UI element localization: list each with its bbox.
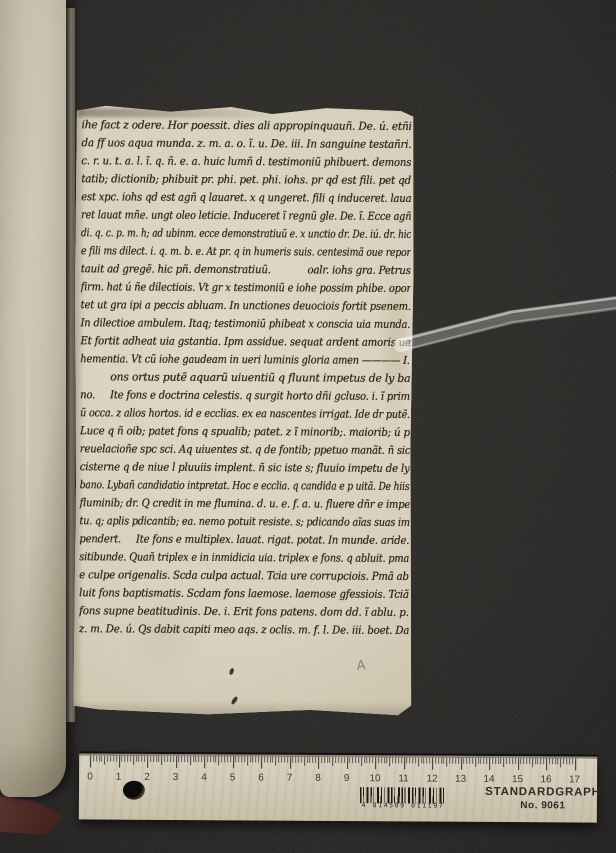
ruler-tick (429, 758, 430, 764)
ruler-tick (90, 755, 91, 767)
ruler-tick (247, 756, 248, 765)
ruler-tick (395, 757, 396, 763)
ruler-tick (295, 757, 296, 763)
ruler-tick (481, 758, 482, 764)
text-line: tet ut gra ipi a peccis abluam. In uncti… (81, 296, 380, 316)
ruler-tick (159, 756, 160, 762)
ruler-tick (261, 757, 262, 769)
ruler-tick (486, 758, 487, 764)
ruler-tick (469, 758, 470, 764)
ruler-tick (96, 756, 97, 762)
ruler-number: 11 (394, 773, 414, 784)
text-line: reuelacioñe spc sci. Aq uiuentes st. q d… (80, 440, 379, 460)
ruler-number: 2 (137, 772, 157, 783)
ruler-tick (338, 757, 339, 763)
ruler-tick (144, 756, 145, 762)
text-line: firm. hat ú ñe dilectiois. Vt gr x testi… (81, 278, 375, 298)
ruler-tick (475, 758, 476, 767)
ruler-tick (575, 758, 576, 770)
ruler-tick (324, 757, 325, 763)
ruler-tick (193, 756, 194, 762)
ruler-tick (406, 757, 407, 763)
ruler-tick (287, 757, 288, 763)
ruler-tick (472, 758, 473, 764)
ruler-tick (253, 756, 254, 762)
ruler-tick (133, 756, 134, 765)
ruler-tick (150, 756, 151, 762)
ruler-tick (102, 756, 103, 762)
ruler-tick (518, 758, 519, 770)
text-line: ret lauat mñe. ungt oleo leticie. Induce… (81, 206, 372, 226)
ruler-number: 16 (536, 774, 556, 785)
text-line: da ff uos aqua munda. z. m. a. o. ĩ. u. … (81, 134, 391, 154)
ruler-tick (335, 757, 336, 763)
ruler-tick (378, 757, 379, 763)
ruler-tick (498, 758, 499, 764)
ruler-tick (233, 756, 234, 768)
ruler-tick (404, 757, 405, 769)
ruler-tick (520, 758, 521, 764)
ruler-tick (435, 758, 436, 764)
ruler-number: 8 (308, 773, 328, 784)
ruler-tick (227, 756, 228, 762)
ruler-number: 5 (223, 772, 243, 783)
ruler-tick (560, 758, 561, 767)
ruler-tick (270, 757, 271, 763)
ruler-tick (224, 756, 225, 762)
ruler-tick (372, 757, 373, 763)
text-line: z. m. De. ú. Qs dabit capiti meo aqs. z … (79, 620, 384, 640)
text-line: In dilectioe ambulem. Itaq; testimoniũ p… (80, 314, 377, 334)
ruler-tick (535, 758, 536, 764)
manuscript-page: ihe fact z odere. Hor poessit. dies ali … (72, 105, 414, 716)
ruler-tick (432, 758, 433, 770)
ruler-tick (369, 757, 370, 763)
ruler-tick (258, 757, 259, 763)
ruler: 01234567891011121314151617 4 014509 0111… (79, 753, 597, 822)
text-line: tauit ad gregẽ. hic pñ. demonstratiuũ. o… (81, 260, 387, 280)
manuscript-photo-scene: ihe fact z odere. Hor poessit. dies ali … (0, 0, 616, 853)
ruler-tick (93, 756, 94, 762)
ruler-tick (543, 758, 544, 764)
text-line: no. Ite fons e doctrina celestis. q surg… (80, 386, 380, 406)
ruler-tick (124, 756, 125, 762)
ruler-tick (538, 758, 539, 764)
page-edge-sliver (66, 8, 75, 722)
ruler-tick (540, 758, 541, 764)
text-line: tatib; dictionib; phibuit pr. phi. pet. … (81, 170, 391, 190)
ruler-tick (255, 756, 256, 762)
ruler-tick (153, 756, 154, 762)
ruler-tick (546, 758, 547, 770)
text-line: est xpc. iohs qd est agñ q lauaret. x q … (81, 188, 382, 208)
ruler-number: 7 (280, 773, 300, 784)
text-line: e culpe origenalis. Scda culpa actual. T… (79, 566, 382, 586)
ruler-tick (318, 757, 319, 769)
ruler-tick (529, 758, 530, 764)
ruler-tick (207, 756, 208, 762)
ruler-tick (455, 758, 456, 764)
pencil-foliation-mark: A (356, 658, 366, 674)
ruler-tick (187, 756, 188, 762)
ruler-tick (449, 758, 450, 764)
ruler-tick (312, 757, 313, 763)
ruler-tick (241, 756, 242, 762)
ruler-tick (509, 758, 510, 764)
ruler-tick (438, 758, 439, 764)
ruler-tick (119, 756, 120, 768)
ruler-tick (532, 758, 533, 767)
ruler-tick (398, 757, 399, 763)
ruler-tick (503, 758, 504, 767)
text-line: ons ortus putẽ aquarũ uiuentiũ q fluunt … (110, 368, 405, 388)
ruler-tick (355, 757, 356, 763)
ruler-tick (307, 757, 308, 763)
ruler-tick (181, 756, 182, 762)
ruler-tick (190, 756, 191, 765)
ruler-scale: 01234567891011121314151617 (79, 755, 597, 758)
ruler-tick (310, 757, 311, 763)
ruler-number: 15 (508, 774, 528, 785)
ruler-tick (273, 757, 274, 763)
ruler-tick (392, 757, 393, 763)
ruler-tick (552, 758, 553, 764)
ruler-brand-label: STANDARDGRAPH (457, 786, 616, 799)
ruler-tick (327, 757, 328, 763)
ruler-tick (401, 757, 402, 763)
ruler-tick (526, 758, 527, 764)
ruler-tick (492, 758, 493, 764)
ruler-tick (238, 756, 239, 762)
ruler-number: 12 (422, 774, 442, 785)
ruler-tick (347, 757, 348, 769)
ruler-tick (170, 756, 171, 762)
text-line: e fili ms dilect. i. q. m. b. e. At pr. … (81, 242, 360, 261)
ink-speck (229, 667, 235, 675)
ruler-tick (213, 756, 214, 762)
ruler-tick (444, 758, 445, 764)
ruler-tick (415, 757, 416, 763)
ruler-number: 1 (109, 772, 129, 783)
ruler-tick (569, 758, 570, 764)
ruler-tick (330, 757, 331, 763)
ruler-tick (549, 758, 550, 764)
ruler-tick (221, 756, 222, 762)
ruler-tick (204, 756, 205, 768)
ruler-tick (352, 757, 353, 763)
ruler-tick (441, 758, 442, 764)
ruler-tick (176, 756, 177, 768)
ruler-tick (141, 756, 142, 762)
ruler-tick (361, 757, 362, 766)
ruler-number: 17 (565, 774, 585, 785)
leaf-crease (26, 320, 29, 650)
ruler-tick (161, 756, 162, 765)
ruler-tick (463, 758, 464, 764)
ruler-tick (301, 757, 302, 763)
ruler-tick (409, 757, 410, 763)
ruler-tick (267, 757, 268, 763)
barcode-digits: 4 014509 011197 (355, 801, 451, 810)
text-line: ihe fact z odere. Hor poessit. dies ali … (81, 116, 397, 136)
ruler-tick (201, 756, 202, 762)
manuscript-text: ihe fact z odere. Hor poessit. dies ali … (79, 116, 412, 648)
ruler-tick (341, 757, 342, 763)
ruler-tick (107, 756, 108, 762)
ruler-hanging-hole (123, 781, 145, 800)
text-line: Et fortit adheat uia gstantia. Ipm assid… (80, 332, 383, 352)
ruler-tick (184, 756, 185, 762)
ruler-tick (136, 756, 137, 762)
ruler-tick (501, 758, 502, 764)
ruler-tick (304, 757, 305, 766)
ruler-tick (458, 758, 459, 764)
ruler-tick (364, 757, 365, 763)
ruler-tick (122, 756, 123, 762)
text-line: luit fons baptismatis. Scdam fons laemos… (79, 584, 385, 604)
ruler-tick (375, 757, 376, 769)
ruler-tick (147, 756, 148, 768)
ruler-number: 10 (365, 773, 385, 784)
ruler-tick (104, 756, 105, 765)
ruler-tick (99, 756, 100, 762)
ruler-tick (110, 756, 111, 762)
text-line: fons supne beatitudinis. De. i. Erit fon… (79, 602, 390, 622)
ruler-tick (298, 757, 299, 763)
ruler-tick (218, 756, 219, 765)
text-line: Luce q ñ oib; patet fons q spualib; pate… (80, 422, 388, 442)
ruler-tick (196, 756, 197, 762)
ruler-tick (367, 757, 368, 763)
ruler-tick (558, 758, 559, 764)
ruler-tick (515, 758, 516, 764)
ruler-tick (216, 756, 217, 762)
ruler-tick (523, 758, 524, 764)
ruler-tick (572, 758, 573, 764)
ruler-tick (421, 758, 422, 764)
text-line: ũ occa. z alios hortos. id e ecclias. ex… (80, 404, 368, 424)
ruler-tick (483, 758, 484, 764)
ruler-tick (156, 756, 157, 762)
ruler-tick (210, 756, 211, 762)
ruler-tick (164, 756, 165, 762)
text-line: fluminib; dr. Q credit in me flumina. d.… (79, 494, 377, 514)
ruler-tick (278, 757, 279, 763)
ruler-tick (113, 756, 114, 762)
ruler-tick (290, 757, 291, 769)
ruler-tick (358, 757, 359, 763)
ruler-number: 9 (337, 773, 357, 784)
ruler-number: 4 (194, 772, 214, 783)
ruler-tick (116, 756, 117, 762)
ruler-tick (452, 758, 453, 764)
ruler-tick (387, 757, 388, 763)
ruler-tick (495, 758, 496, 764)
ruler-tick (555, 758, 556, 764)
ruler-number: 13 (451, 774, 471, 785)
text-line: hementia. Vt cũ iohe gaudeam in ueri lum… (80, 350, 373, 370)
ruler-tick (244, 756, 245, 762)
text-line: sitibunde. Quañ triplex e in inmidicia u… (79, 548, 369, 568)
text-line: cisterne q de niue l pluuiis implent. ñ … (80, 458, 384, 478)
ruler-tick (349, 757, 350, 763)
ruler-tick (264, 757, 265, 763)
ruler-tick (332, 757, 333, 766)
ruler-tick (566, 758, 567, 764)
text-line: di. q. c. p. m. h; ad ubinm. ecce demons… (81, 224, 352, 243)
ruler-tick (563, 758, 564, 764)
text-line: bano. Lybañ candidatio intpretat. Hoc e … (80, 476, 355, 495)
ruler-tick (127, 756, 128, 762)
ruler-tick (478, 758, 479, 764)
ruler-tick (139, 756, 140, 762)
text-line: tu. q; aplis pdicantib; ea. nemo potuit … (79, 512, 367, 532)
ruler-tick (130, 756, 131, 762)
ruler-tick (446, 758, 447, 767)
ruler-tick (384, 757, 385, 763)
text-line: pendert. Ite fons e multiplex. lauat. ri… (79, 530, 379, 550)
ruler-tick (381, 757, 382, 763)
ruler-tick (275, 757, 276, 766)
ruler-tick (173, 756, 174, 762)
ruler-tick (344, 757, 345, 763)
ruler-tick (178, 756, 179, 762)
ruler-tick (284, 757, 285, 763)
ruler-number: 3 (166, 772, 186, 783)
ruler-tick (230, 756, 231, 762)
ruler-number: 14 (479, 774, 499, 785)
ruler-tick (412, 757, 413, 763)
facing-leaf-edge (0, 0, 66, 797)
text-line: c. r. u. t. a. l. ĩ. q. ñ. e. a. huic lu… (81, 152, 384, 172)
ruler-tick (506, 758, 507, 764)
ruler-tick (489, 758, 490, 770)
ruler-tick (512, 758, 513, 764)
ruler-tick (389, 757, 390, 766)
ruler-tick (424, 758, 425, 764)
ruler-tick (466, 758, 467, 764)
ruler-tick (198, 756, 199, 762)
ruler-tick (281, 757, 282, 763)
ruler-number: 0 (80, 771, 100, 782)
ruler-tick (235, 756, 236, 762)
ruler-number: 6 (251, 772, 271, 783)
ruler-tick (426, 758, 427, 764)
ruler-tick (461, 758, 462, 770)
ruler-model-label: No. 9061 (457, 800, 616, 812)
ruler-tick (321, 757, 322, 763)
ruler-tick (250, 756, 251, 762)
ruler-tick (167, 756, 168, 762)
ruler-tick (418, 757, 419, 766)
ruler-tick (315, 757, 316, 763)
ruler-tick (292, 757, 293, 763)
